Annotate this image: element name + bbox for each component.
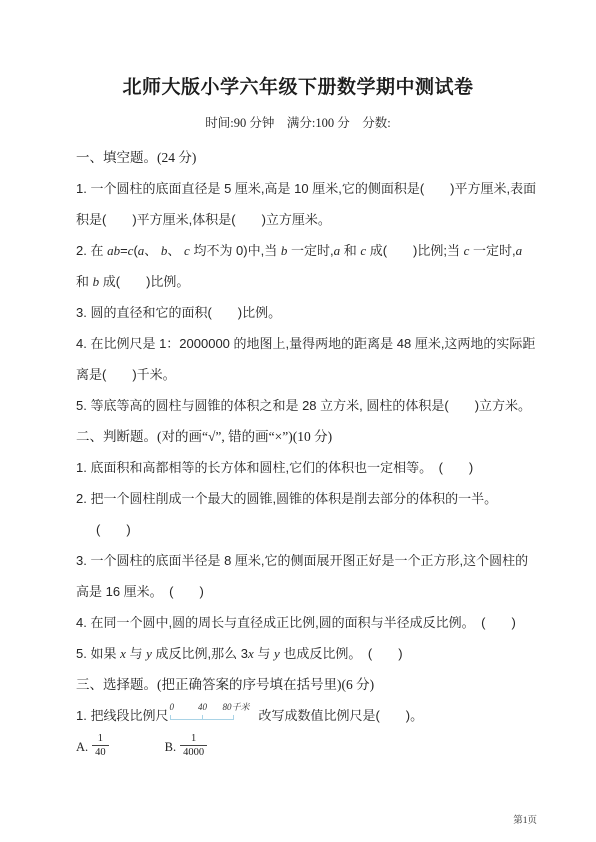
test-paper-page: 北师大版小学六年级下册数学期中测试卷 时间:90 分钟 满分:100 分 分数:… <box>0 0 596 842</box>
scale-tick <box>170 715 171 720</box>
option-item: A.140 <box>76 732 109 763</box>
question-line: 5. 如果 x 与 y 成反比例,那么 3x 与 y 也成反比例。 ( ) <box>76 638 516 669</box>
option-label: B. <box>165 740 176 754</box>
section-heading: 二、判断题。(对的画“√”, 错的画“×”)(10 分) <box>76 421 516 452</box>
question-line: 2. 在 ab=c(a、 b、 c 均不为 0)中,当 b 一定时,a 和 c … <box>76 235 516 266</box>
fraction-denominator: 4000 <box>180 745 207 760</box>
question-line: 4. 在比例尺是 1：2000000 的地图上,量得两地的距离是 48 厘米,这… <box>76 328 516 359</box>
fraction-denominator: 40 <box>92 745 109 760</box>
answer-options: A.140B.14000 <box>76 731 516 763</box>
scale-tick <box>233 715 234 720</box>
question-text: 改写成数值比例尺是( )。 <box>258 708 423 723</box>
scale-tick-label: 0 <box>169 703 174 712</box>
scale-tick <box>202 715 203 720</box>
paper-meta: 时间:90 分钟 满分:100 分 分数: <box>0 113 596 131</box>
fraction: 14000 <box>180 733 207 760</box>
question-line: 离是( )千米。 <box>76 359 516 390</box>
option-item: B.14000 <box>165 732 207 763</box>
paper-body: 一、填空题。(24 分)1. 一个圆柱的底面直径是 5 厘米,高是 10 厘米,… <box>76 142 516 763</box>
fraction-numerator: 1 <box>180 733 207 746</box>
question-line: 2. 把一个圆柱削成一个最大的圆锥,圆锥的体积是削去部分的体积的一半。 <box>76 483 516 514</box>
question-line: 积是( )平方厘米,体积是( )立方厘米。 <box>76 204 516 235</box>
page-title: 北师大版小学六年级下册数学期中测试卷 <box>0 72 596 99</box>
scale-tick-label: 80千米 <box>222 703 249 712</box>
question-line: 5. 等底等高的圆柱与圆锥的体积之和是 28 立方米, 圆柱的体积是( )立方米… <box>76 390 516 421</box>
question-line: 和 b 成( )比例。 <box>76 266 516 297</box>
fraction-numerator: 1 <box>92 733 109 746</box>
question-text: 1. 把线段比例尺 <box>76 708 168 723</box>
question-line: 1. 底面积和高都相等的长方体和圆柱,它们的体积也一定相等。 ( ) <box>76 452 516 483</box>
question-line: 4. 在同一个圆中,圆的周长与直径成正比例,圆的面积与半径成反比例。 ( ) <box>76 607 516 638</box>
question-line: 1. 一个圆柱的底面直径是 5 厘米,高是 10 厘米,它的侧面积是( )平方厘… <box>76 173 516 204</box>
question-line: 高是 16 厘米。 ( ) <box>76 576 516 607</box>
question-line: 3. 圆的直径和它的面积( )比例。 <box>76 297 516 328</box>
segment-scale-graphic: 04080千米 <box>170 705 234 722</box>
question-line: ( ) <box>76 514 516 545</box>
question-line: 1. 把线段比例尺04080千米改写成数值比例尺是( )。 <box>76 700 516 731</box>
page-number: 第1页 <box>513 812 537 826</box>
question-line: 3. 一个圆柱的底面半径是 8 厘米,它的侧面展开图正好是一个正方形,这个圆柱的 <box>76 545 516 576</box>
section-heading: 一、填空题。(24 分) <box>76 142 516 173</box>
fraction: 140 <box>92 733 109 760</box>
option-label: A. <box>76 740 88 754</box>
section-heading: 三、选择题。(把正确答案的序号填在括号里)(6 分) <box>76 669 516 700</box>
scale-tick-label: 40 <box>198 703 207 712</box>
